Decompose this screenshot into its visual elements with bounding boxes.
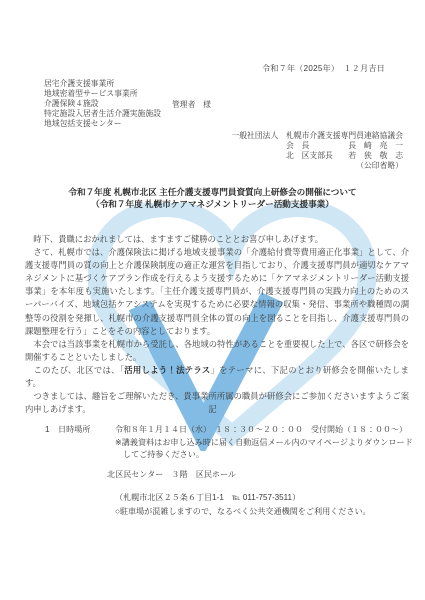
- recipient-line: 特定施設入居者生活介護実施施設: [44, 109, 161, 119]
- parking-note: ○駐車場が混雑しますので、なるべく公共交通機関をご利用ください。: [115, 506, 415, 519]
- body-paragraph-theme: このたび、北区では、「活用しよう！法テラス」をテーマに、下記のとおり研修会を開催…: [25, 364, 409, 390]
- recipient-honorific: 管理者 様: [172, 99, 211, 110]
- body-paragraph-commission: 本会では当該事業を札幌市から受託し、各地域の特性があることを重要視した上で、各区…: [25, 338, 409, 364]
- recipient-line: 地域包括支援センター: [44, 119, 161, 129]
- body-paragraph-background: さて、札幌市では、介護保険法に掲げる地域支援事業の「介護給付費等費用適正化事業」…: [25, 246, 409, 338]
- recipient-line: 地域密着型サービス事業所: [44, 89, 161, 99]
- recipient-line: 介護保険４施設: [44, 99, 161, 109]
- document-title-line1: 令和７年度 札幌市北区 主任介護支援専門員資質向上研修会の開催について: [0, 186, 425, 198]
- theme-title: 活用しよう！法テラス: [124, 365, 210, 375]
- sender-chair: 会 長 長 崎 亮 一: [231, 141, 403, 151]
- letter-body: 時下、貴職におかれましては、ますますご健勝のこととお喜び申しあげます。 さて、札…: [25, 233, 409, 416]
- seal-omitted-note: （公印省略）: [231, 161, 403, 171]
- document-title: 令和７年度 札幌市北区 主任介護支援専門員資質向上研修会の開催について （令和７…: [0, 186, 425, 211]
- sender-branch-chief: 北 区支部長 若 狭 敬 志: [231, 151, 403, 161]
- document-page: 令和７年（2025年） １２月吉日 居宅介護支援事業所 地域密着型サービス事業所…: [0, 0, 425, 600]
- event-venue: 北区民センター ３階 区民ホール: [107, 469, 415, 482]
- sender-block: 一般社団法人 札幌市介護支援専門員連絡協議会 会 長 長 崎 亮 一 北 区支部…: [231, 131, 403, 171]
- section-datetime-place: 1 日時場所 令和８年１月１４日（水） １８：３０～２０：００ 受付開始（１８：…: [45, 424, 415, 519]
- document-title-line2: （令和７年度 札幌市ケアマネジメントリーダー活動支援事業）: [0, 198, 425, 210]
- materials-note: ※講義資料はお申し込み時に届く自動返信メール内のマイページよりダウンロードしてご…: [115, 437, 415, 462]
- ki-marker: 記: [0, 403, 425, 415]
- theme-pre-text: このたび、北区では、「: [25, 365, 124, 375]
- issue-date: 令和７年（2025年） １２月吉日: [262, 63, 385, 74]
- body-paragraph-greeting: 時下、貴職におかれましては、ますますご健勝のこととお喜び申しあげます。: [25, 233, 409, 246]
- section-content: 令和８年１月１４日（水） １８：３０～２０：００ 受付開始（１８：００～） ※講…: [115, 424, 415, 519]
- recipient-line: 居宅介護支援事業所: [44, 79, 161, 89]
- recipient-list: 居宅介護支援事業所 地域密着型サービス事業所 介護保険４施設 特定施設入居者生活…: [44, 79, 161, 129]
- venue-address: （札幌市北区２５条６丁目1-1 ℡ 011-757-3511）: [115, 492, 415, 505]
- sender-organization: 一般社団法人 札幌市介護支援専門員連絡協議会: [231, 131, 403, 141]
- section-label: 日時場所: [58, 424, 106, 437]
- event-datetime: 令和８年１月１４日（水） １８：３０～２０：００ 受付開始（１８：００～）: [115, 424, 415, 437]
- section-number: 1: [45, 424, 58, 437]
